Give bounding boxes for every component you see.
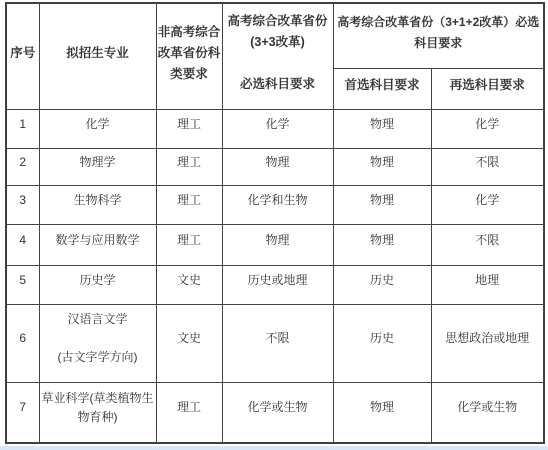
admission-subject-requirements-table: 序号 拟招生专业 非高考综合 改革省份科 类要求 高考综合改革省份 (3+3改革…: [5, 2, 545, 444]
major-cell: 数学与应用数学: [39, 224, 156, 265]
required-33-cell: 化学或生物: [222, 382, 333, 443]
table-row: 1化学理工化学物理化学: [6, 109, 544, 148]
major-cell: 历史学: [39, 265, 156, 304]
category-cell: 文史: [156, 265, 222, 304]
header-seq: 序号: [6, 3, 39, 109]
second-choice-cell: 地理: [431, 265, 544, 304]
table-header: 序号 拟招生专业 非高考综合 改革省份科 类要求 高考综合改革省份 (3+3改革…: [6, 3, 544, 109]
category-cell: 文史: [156, 304, 222, 382]
first-choice-cell: 物理: [333, 382, 431, 443]
seq-cell: 2: [6, 148, 39, 185]
first-choice-cell: 物理: [333, 185, 431, 224]
second-choice-cell: 化学: [431, 109, 544, 148]
seq-cell: 4: [6, 224, 39, 265]
required-33-cell: 不限: [222, 304, 333, 382]
second-choice-cell: 思想政治或地理: [431, 304, 544, 382]
required-33-cell: 历史或地理: [222, 265, 333, 304]
header-33-reform-required: 高考综合改革省份 (3+3改革) 必选科目要求: [222, 3, 333, 109]
first-choice-cell: 历史: [333, 304, 431, 382]
major-cell: 汉语言文学 (古文字学方向): [39, 304, 156, 382]
page-bottom-strip: [0, 446, 548, 450]
header-non-reform-category: 非高考综合 改革省份科 类要求: [156, 3, 222, 109]
major-cell: 草业科学(草类植物生 物育种): [39, 382, 156, 443]
category-cell: 理工: [156, 109, 222, 148]
seq-cell: 1: [6, 109, 39, 148]
seq-cell: 6: [6, 304, 39, 382]
header-row-group: 序号 拟招生专业 非高考综合 改革省份科 类要求 高考综合改革省份 (3+3改革…: [6, 3, 544, 68]
second-choice-cell: 化学: [431, 185, 544, 224]
category-cell: 理工: [156, 382, 222, 443]
category-cell: 理工: [156, 224, 222, 265]
table-body: 1化学理工化学物理化学2物理学理工物理物理不限3生物科学理工化学和生物物理化学4…: [6, 109, 544, 443]
seq-cell: 7: [6, 382, 39, 443]
header-first-choice-subject: 首选科目要求: [333, 68, 431, 109]
seq-cell: 5: [6, 265, 39, 304]
table-row: 5历史学文史历史或地理历史地理: [6, 265, 544, 304]
second-choice-cell: 不限: [431, 148, 544, 185]
header-312-reform-group: 高考综合改革省份（3+1+2改革）必选 科目要求: [333, 3, 544, 68]
seq-cell: 3: [6, 185, 39, 224]
second-choice-cell: 不限: [431, 224, 544, 265]
required-33-cell: 化学和生物: [222, 185, 333, 224]
first-choice-cell: 物理: [333, 109, 431, 148]
category-cell: 理工: [156, 148, 222, 185]
header-second-choice-subject: 再选科目要求: [431, 68, 544, 109]
table-row: 6汉语言文学 (古文字学方向)文史不限历史思想政治或地理: [6, 304, 544, 382]
major-cell: 物理学: [39, 148, 156, 185]
header-major: 拟招生专业: [39, 3, 156, 109]
required-33-cell: 化学: [222, 109, 333, 148]
category-cell: 理工: [156, 185, 222, 224]
required-33-cell: 物理: [222, 148, 333, 185]
second-choice-cell: 化学或生物: [431, 382, 544, 443]
table-row: 3生物科学理工化学和生物物理化学: [6, 185, 544, 224]
first-choice-cell: 历史: [333, 265, 431, 304]
page: 序号 拟招生专业 非高考综合 改革省份科 类要求 高考综合改革省份 (3+3改革…: [0, 0, 548, 450]
major-cell: 生物科学: [39, 185, 156, 224]
first-choice-cell: 物理: [333, 148, 431, 185]
first-choice-cell: 物理: [333, 224, 431, 265]
major-cell: 化学: [39, 109, 156, 148]
table-row: 2物理学理工物理物理不限: [6, 148, 544, 185]
table-row: 7草业科学(草类植物生 物育种)理工化学或生物物理化学或生物: [6, 382, 544, 443]
required-33-cell: 物理: [222, 224, 333, 265]
table-row: 4数学与应用数学理工物理物理不限: [6, 224, 544, 265]
